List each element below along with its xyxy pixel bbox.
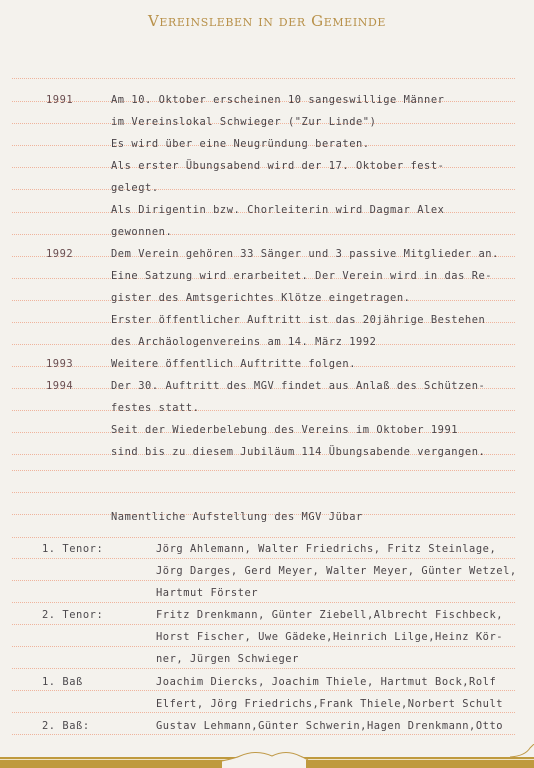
ruled-line — [12, 189, 515, 190]
member-names-line: Hartmut Förster — [156, 587, 258, 599]
chronicle-text-line: festes statt. — [111, 402, 199, 414]
member-names-line: Fritz Drenkmann, Günter Ziebell,Albrecht… — [156, 609, 503, 621]
member-names-line: Joachim Diercks, Joachim Thiele, Hartmut… — [156, 676, 496, 688]
chronicle-year: 1993 — [46, 358, 73, 370]
chronicle-text-line: sind bis zu diesem Jubiläum 114 Übungsab… — [111, 446, 485, 458]
chronicle-text-line: Der 30. Auftritt des MGV findet aus Anla… — [111, 380, 485, 392]
chronicle-text-line: gewonnen. — [111, 226, 172, 238]
chronicle-text-line: Als erster Übungsabend wird der 17. Okto… — [111, 160, 444, 172]
ruled-line — [12, 646, 515, 647]
ruled-line — [12, 712, 515, 713]
ruled-line — [12, 410, 515, 411]
chronicle-year: 1991 — [46, 94, 73, 106]
chronicle-year: 1994 — [46, 380, 73, 392]
ruled-line — [12, 690, 515, 691]
ruled-line — [12, 537, 515, 538]
voice-label: 1. Tenor: — [42, 543, 103, 555]
member-names-line: Gustav Lehmann,Günter Schwerin,Hagen Dre… — [156, 720, 503, 732]
chronicle-year: 1992 — [46, 248, 73, 260]
chronicle-text-line: gister des Amtsgerichtes Klötze eingetra… — [111, 292, 410, 304]
chronicle-text-line: Eine Satzung wird erarbeitet. Der Verein… — [111, 270, 492, 282]
voice-label: 2. Baß: — [42, 720, 90, 732]
ornamental-border-icon — [0, 744, 534, 768]
chronicle-text-line: des Archäologenvereins am 14. März 1992 — [111, 336, 376, 348]
chronicle-text-line: gelegt. — [111, 182, 159, 194]
roster-heading: Namentliche Aufstellung des MGV Jübar — [111, 511, 363, 523]
chronicle-text-line: Weitere öffentlich Auftritte folgen. — [111, 358, 356, 370]
member-names-line: Jörg Ahlemann, Walter Friedrichs, Fritz … — [156, 543, 496, 555]
voice-label: 1. Baß — [42, 676, 83, 688]
chronicle-text-line: Dem Verein gehören 33 Sänger und 3 passi… — [111, 248, 499, 260]
page-title: Vereinsleben in der Gemeinde — [0, 12, 534, 30]
member-names-line: ner, Jürgen Schwieger — [156, 653, 299, 665]
ruled-line — [12, 624, 515, 625]
voice-label: 2. Tenor: — [42, 609, 103, 621]
chronicle-text-line: Es wird über eine Neugründung beraten. — [111, 138, 370, 150]
member-names-line: Jörg Darges, Gerd Meyer, Walter Meyer, G… — [156, 565, 517, 577]
member-names-line: Elfert, Jörg Friedrichs,Frank Thiele,Nor… — [156, 698, 503, 710]
ruled-line — [12, 558, 515, 559]
ruled-line — [12, 580, 515, 581]
chronicle-text-line: Erster öffentlicher Auftritt ist das 20j… — [111, 314, 485, 326]
ruled-line — [12, 668, 515, 669]
ruled-line — [12, 234, 515, 235]
chronicle-text-line: Seit der Wiederbelebung des Vereins im O… — [111, 424, 458, 436]
ruled-line — [12, 734, 515, 735]
chronicle-text-line: Als Dirigentin bzw. Chorleiterin wird Da… — [111, 204, 444, 216]
member-names-line: Horst Fischer, Uwe Gädeke,Heinrich Lilge… — [156, 631, 503, 643]
document-page: Vereinsleben in der Gemeinde 1991Am 10. … — [0, 0, 534, 768]
ruled-line — [12, 78, 515, 79]
ruled-line — [12, 602, 515, 603]
ruled-line — [12, 470, 515, 471]
chronicle-text-line: Am 10. Oktober erscheinen 10 sangeswilli… — [111, 94, 444, 106]
chronicle-text-line: im Vereinslokal Schwieger ("Zur Linde") — [111, 116, 376, 128]
ruled-line — [12, 492, 515, 493]
